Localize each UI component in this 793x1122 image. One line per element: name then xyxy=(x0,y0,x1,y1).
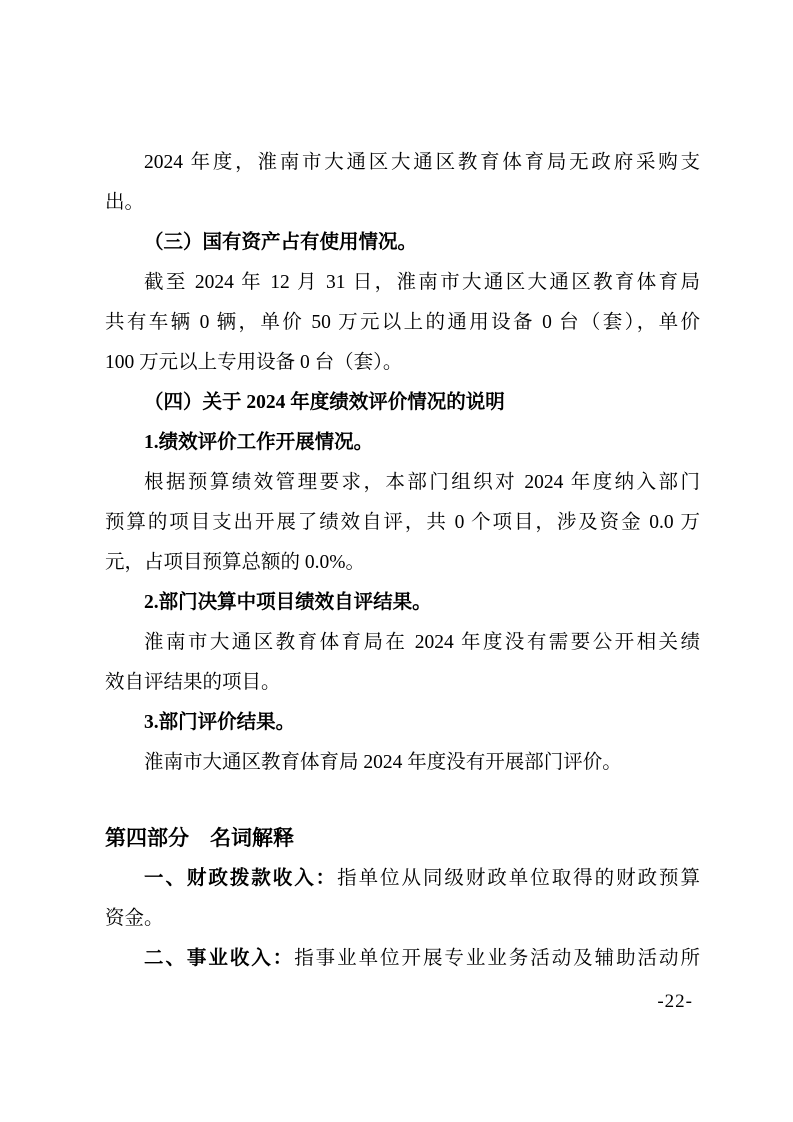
text-run: 1.绩效评价工作开展情况。 xyxy=(144,432,373,453)
document-body: 2024 年度，淮南市大通区大通区教育体育局无政府采购支出。（三）国有资产占有使… xyxy=(105,143,700,979)
heading-performance-work: 1.绩效评价工作开展情况。 xyxy=(105,423,700,463)
text-run: 2024 年度，淮南市大通区大通区教育体育局无政府采购支 xyxy=(144,152,700,173)
text-run: 100 万元以上专用设备 0 台（套）。 xyxy=(105,352,402,373)
text-line: 第四部分 名词解释 xyxy=(105,819,700,859)
text-run: 共有车辆 0 辆，单价 50 万元以上的通用设备 0 台（套），单价 xyxy=(105,312,700,333)
text-line: 1.绩效评价工作开展情况。 xyxy=(105,423,700,463)
text-run: 二、事业收入： xyxy=(144,948,294,969)
text-run: 3.部门评价结果。 xyxy=(144,712,295,733)
text-run: 指单位从同级财政单位取得的财政预算 xyxy=(337,868,700,889)
text-run: 淮南市大通区教育体育局在 2024 年度没有需要公开相关绩 xyxy=(144,632,700,653)
document-page: 2024 年度，淮南市大通区大通区教育体育局无政府采购支出。（三）国有资产占有使… xyxy=(0,0,793,1122)
page-number: -22- xyxy=(657,991,693,1013)
text-line: 二、事业收入：指事业单位开展专业业务活动及辅助活动所 xyxy=(105,939,700,979)
text-run: 元，占项目预算总额的 0.0%。 xyxy=(105,552,365,573)
text-line: （四）关于 2024 年度绩效评价情况的说明 xyxy=(105,383,700,423)
para-glossary-business-income: 二、事业收入：指事业单位开展专业业务活动及辅助活动所 xyxy=(105,939,700,979)
heading-department-evaluation: 3.部门评价结果。 xyxy=(105,703,700,743)
para-no-procurement: 2024 年度，淮南市大通区大通区教育体育局无政府采购支出。 xyxy=(105,143,700,223)
text-line: 元，占项目预算总额的 0.0%。 xyxy=(105,543,700,583)
text-run: 第四部分 名词解释 xyxy=(105,827,294,850)
para-self-evaluation-results: 淮南市大通区教育体育局在 2024 年度没有需要公开相关绩效自评结果的项目。 xyxy=(105,623,700,703)
text-run: （三）国有资产占有使用情况。 xyxy=(144,232,417,253)
text-run: 根据预算绩效管理要求，本部门组织对 2024 年度纳入部门 xyxy=(144,472,700,493)
text-line: 预算的项目支出开展了绩效自评，共 0 个项目，涉及资金 0.0 万 xyxy=(105,503,700,543)
text-run: 截至 2024 年 12 月 31 日，淮南市大通区大通区教育体育局 xyxy=(144,272,700,293)
text-line: 淮南市大通区教育体育局在 2024 年度没有需要公开相关绩 xyxy=(105,623,700,663)
text-run: 淮南市大通区教育体育局 2024 年度没有开展部门评价。 xyxy=(144,752,622,773)
text-line: （三）国有资产占有使用情况。 xyxy=(105,223,700,263)
text-line: 效自评结果的项目。 xyxy=(105,663,700,703)
text-line: 截至 2024 年 12 月 31 日，淮南市大通区大通区教育体育局 xyxy=(105,263,700,303)
text-line: 出。 xyxy=(105,183,700,223)
para-performance-work: 根据预算绩效管理要求，本部门组织对 2024 年度纳入部门预算的项目支出开展了绩… xyxy=(105,463,700,583)
text-run: 2.部门决算中项目绩效自评结果。 xyxy=(144,592,432,613)
text-run: 一、财政拨款收入： xyxy=(144,868,337,889)
text-line: 3.部门评价结果。 xyxy=(105,703,700,743)
text-line: 共有车辆 0 辆，单价 50 万元以上的通用设备 0 台（套），单价 xyxy=(105,303,700,343)
text-line: 根据预算绩效管理要求，本部门组织对 2024 年度纳入部门 xyxy=(105,463,700,503)
heading-state-assets: （三）国有资产占有使用情况。 xyxy=(105,223,700,263)
para-glossary-fiscal-appropriation-income: 一、财政拨款收入：指单位从同级财政单位取得的财政预算资金。 xyxy=(105,859,700,939)
text-run: 预算的项目支出开展了绩效自评，共 0 个项目，涉及资金 0.0 万 xyxy=(105,512,700,533)
text-run: （四）关于 2024 年度绩效评价情况的说明 xyxy=(144,392,505,413)
heading-self-evaluation-results: 2.部门决算中项目绩效自评结果。 xyxy=(105,583,700,623)
text-run: 资金。 xyxy=(105,908,164,929)
text-line: 淮南市大通区教育体育局 2024 年度没有开展部门评价。 xyxy=(105,743,700,783)
text-run: 指事业单位开展专业业务活动及辅助活动所 xyxy=(294,948,700,969)
text-line: 一、财政拨款收入：指单位从同级财政单位取得的财政预算 xyxy=(105,859,700,899)
text-run: 效自评结果的项目。 xyxy=(105,672,281,693)
heading-performance-evaluation: （四）关于 2024 年度绩效评价情况的说明 xyxy=(105,383,700,423)
text-line: 2.部门决算中项目绩效自评结果。 xyxy=(105,583,700,623)
text-line: 100 万元以上专用设备 0 台（套）。 xyxy=(105,343,700,383)
text-line: 资金。 xyxy=(105,899,700,939)
text-run: 出。 xyxy=(105,192,144,213)
section-heading-glossary: 第四部分 名词解释 xyxy=(105,819,700,859)
text-line: 2024 年度，淮南市大通区大通区教育体育局无政府采购支 xyxy=(105,143,700,183)
para-state-assets: 截至 2024 年 12 月 31 日，淮南市大通区大通区教育体育局共有车辆 0… xyxy=(105,263,700,383)
para-department-evaluation: 淮南市大通区教育体育局 2024 年度没有开展部门评价。 xyxy=(105,743,700,783)
